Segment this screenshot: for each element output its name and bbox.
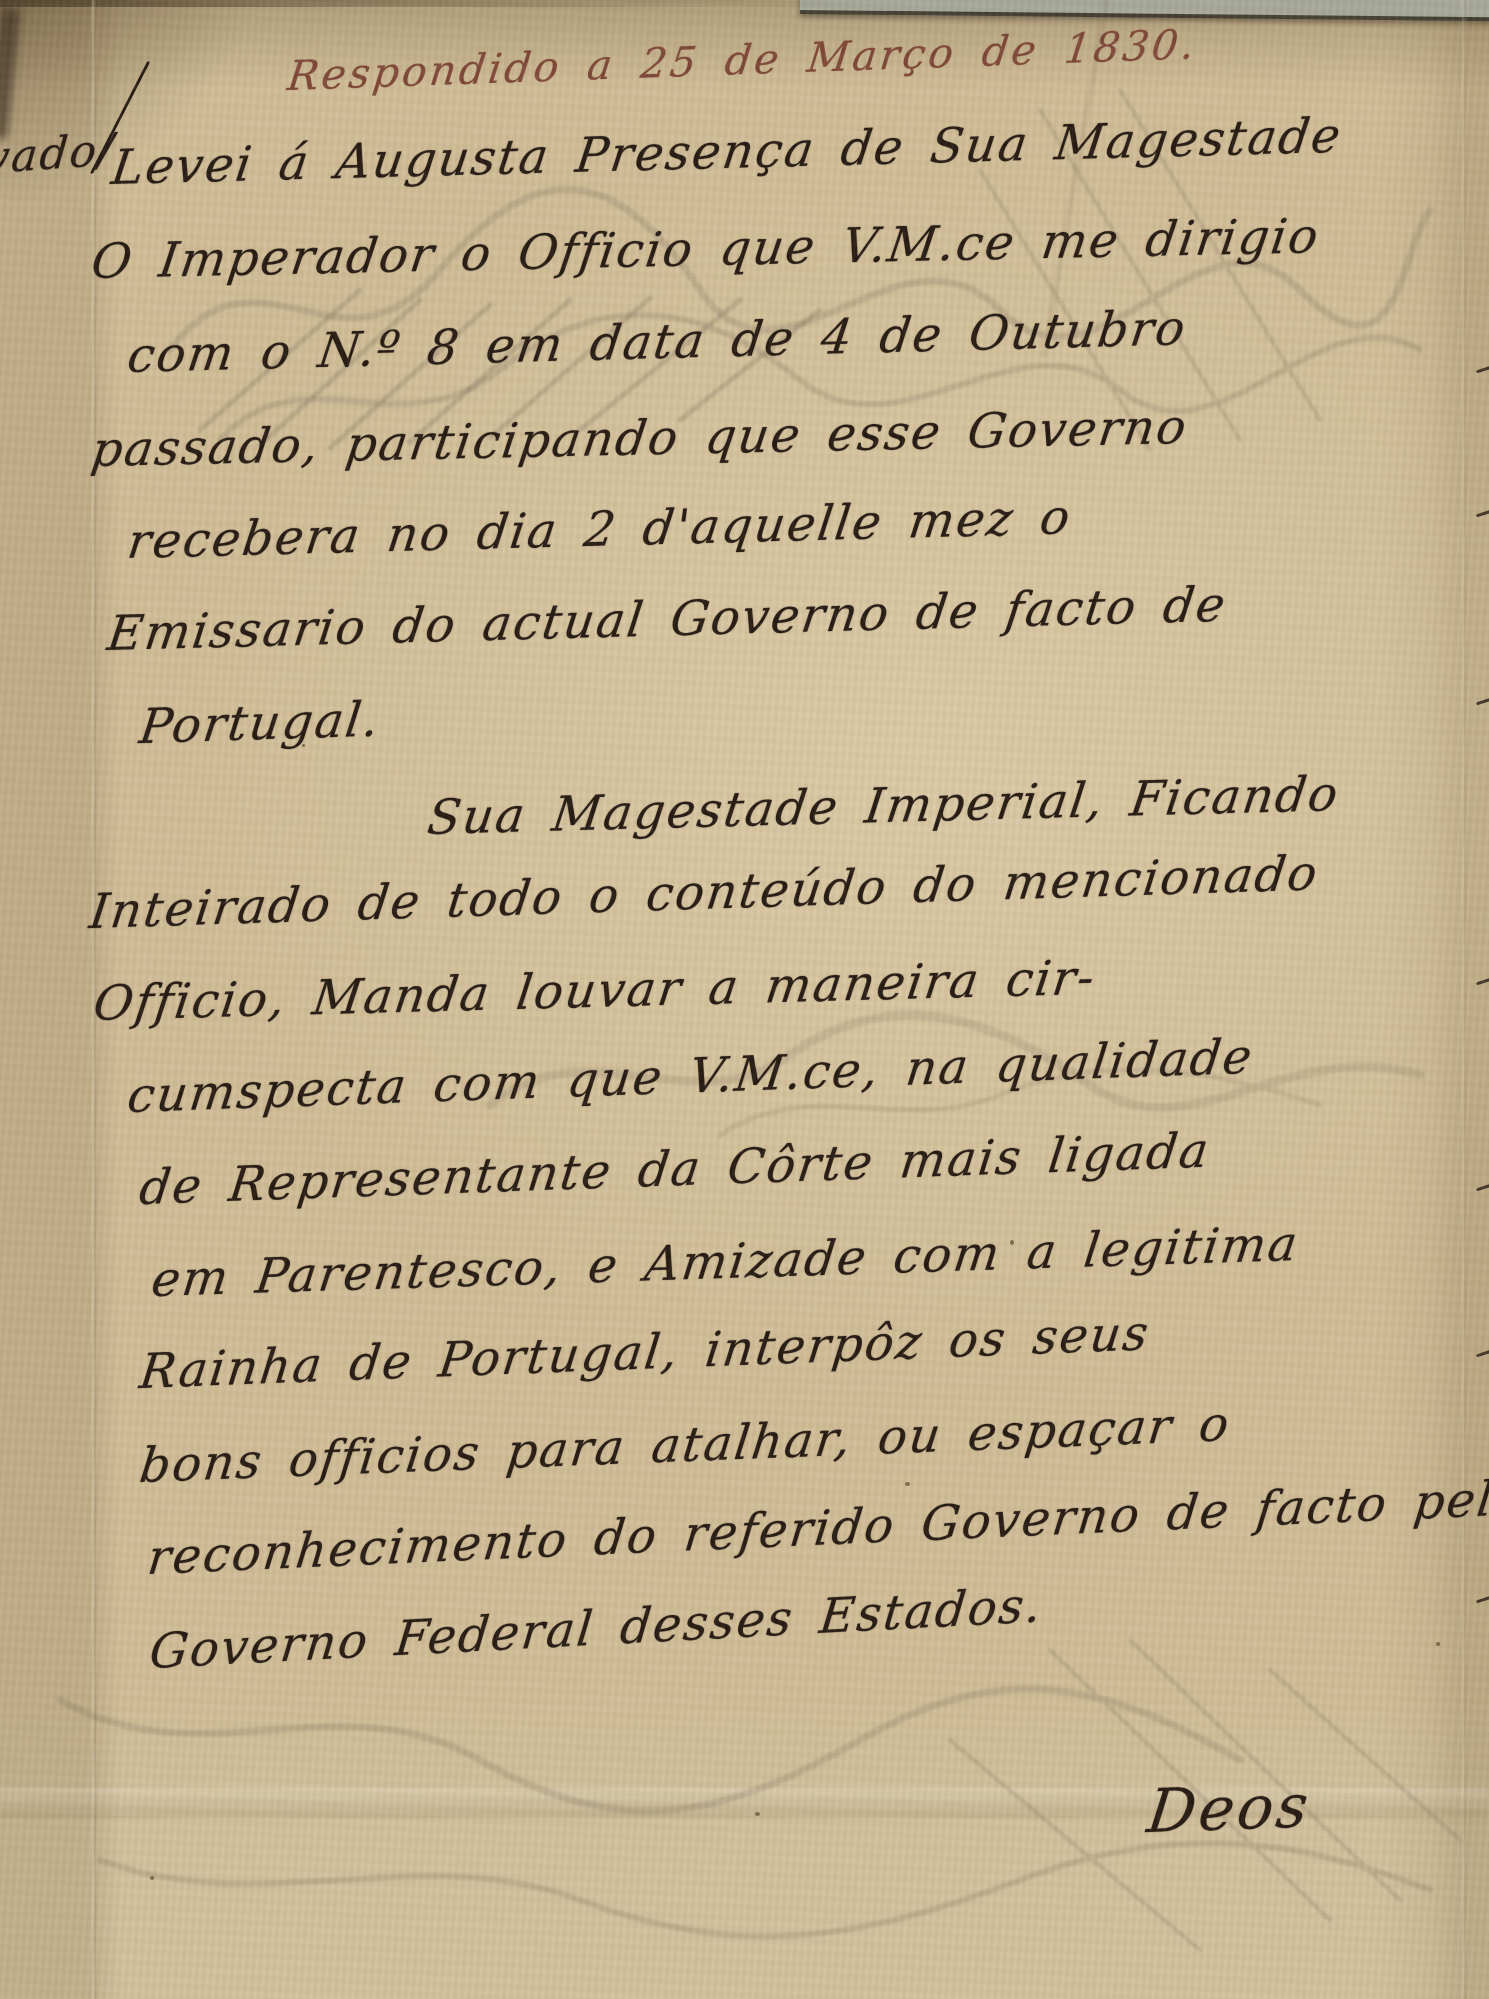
manuscript-line-13: em Parentesco, e Amizade com a legitima — [148, 1214, 1302, 1310]
annotation-response-date: Respondido a 25 de Março de 1830. — [284, 14, 1201, 106]
manuscript-line-3: com o N.º 8 em data de 4 de Outubro — [124, 298, 1190, 386]
manuscript-line-14: Rainha de Portugal, interpôz os seus — [136, 1303, 1153, 1402]
edge-ink-mark — [1476, 510, 1489, 518]
manuscript-line-9: Inteirado de todo o conteúdo do menciona… — [86, 843, 1322, 942]
catchword: Deos — [1144, 1776, 1314, 1842]
ink-speck — [755, 1812, 760, 1816]
page-top-edge-shadow — [0, 0, 880, 7]
manuscript-line-1: Levei á Augusta Presença de Sua Magestad… — [108, 106, 1346, 198]
ink-speck — [1010, 1240, 1014, 1245]
manuscript-line-7: Portugal. — [136, 689, 384, 757]
manuscript-line-2: O Imperador o Officio que V.M.ce me diri… — [88, 206, 1324, 292]
paper-crease-right — [1462, 0, 1466, 1999]
edge-ink-mark — [1476, 1596, 1489, 1604]
manuscript-line-5: recebera no dia 2 d'aquelle mez o — [124, 487, 1075, 572]
ink-speck — [302, 744, 305, 747]
manuscript-line-4: passado, participando que esse Governo — [88, 397, 1192, 480]
manuscript-line-12: de Representante da Côrte mais ligada — [136, 1120, 1213, 1218]
edge-ink-mark — [1476, 698, 1489, 706]
manuscript-line-15: bons officios para atalhar, ou espaçar o — [136, 1394, 1233, 1496]
edge-ink-mark — [1476, 978, 1489, 986]
manuscript-line-17: Governo Federal desses Estados. — [147, 1575, 1046, 1682]
ink-speck — [905, 1482, 910, 1486]
edge-ink-mark — [1476, 1350, 1489, 1358]
manuscript-line-10: Officio, Manda louvar a maneira cir- — [90, 948, 1100, 1034]
manuscript-line-6: Emissario do actual Governo de facto de — [104, 575, 1231, 665]
manuscript-line-8: Sua Magestade Imperial, Ficando — [424, 764, 1343, 848]
ink-speck — [150, 1876, 154, 1880]
manuscript-page: vado/ Respondido a 25 de Março de 1830. … — [0, 0, 1489, 1999]
manuscript-line-11: cumspecta com que V.M.ce, na qualidade — [124, 1027, 1257, 1127]
edge-ink-mark — [1476, 366, 1489, 374]
edge-ink-mark — [1476, 1184, 1489, 1192]
ink-speck — [1436, 1642, 1440, 1646]
